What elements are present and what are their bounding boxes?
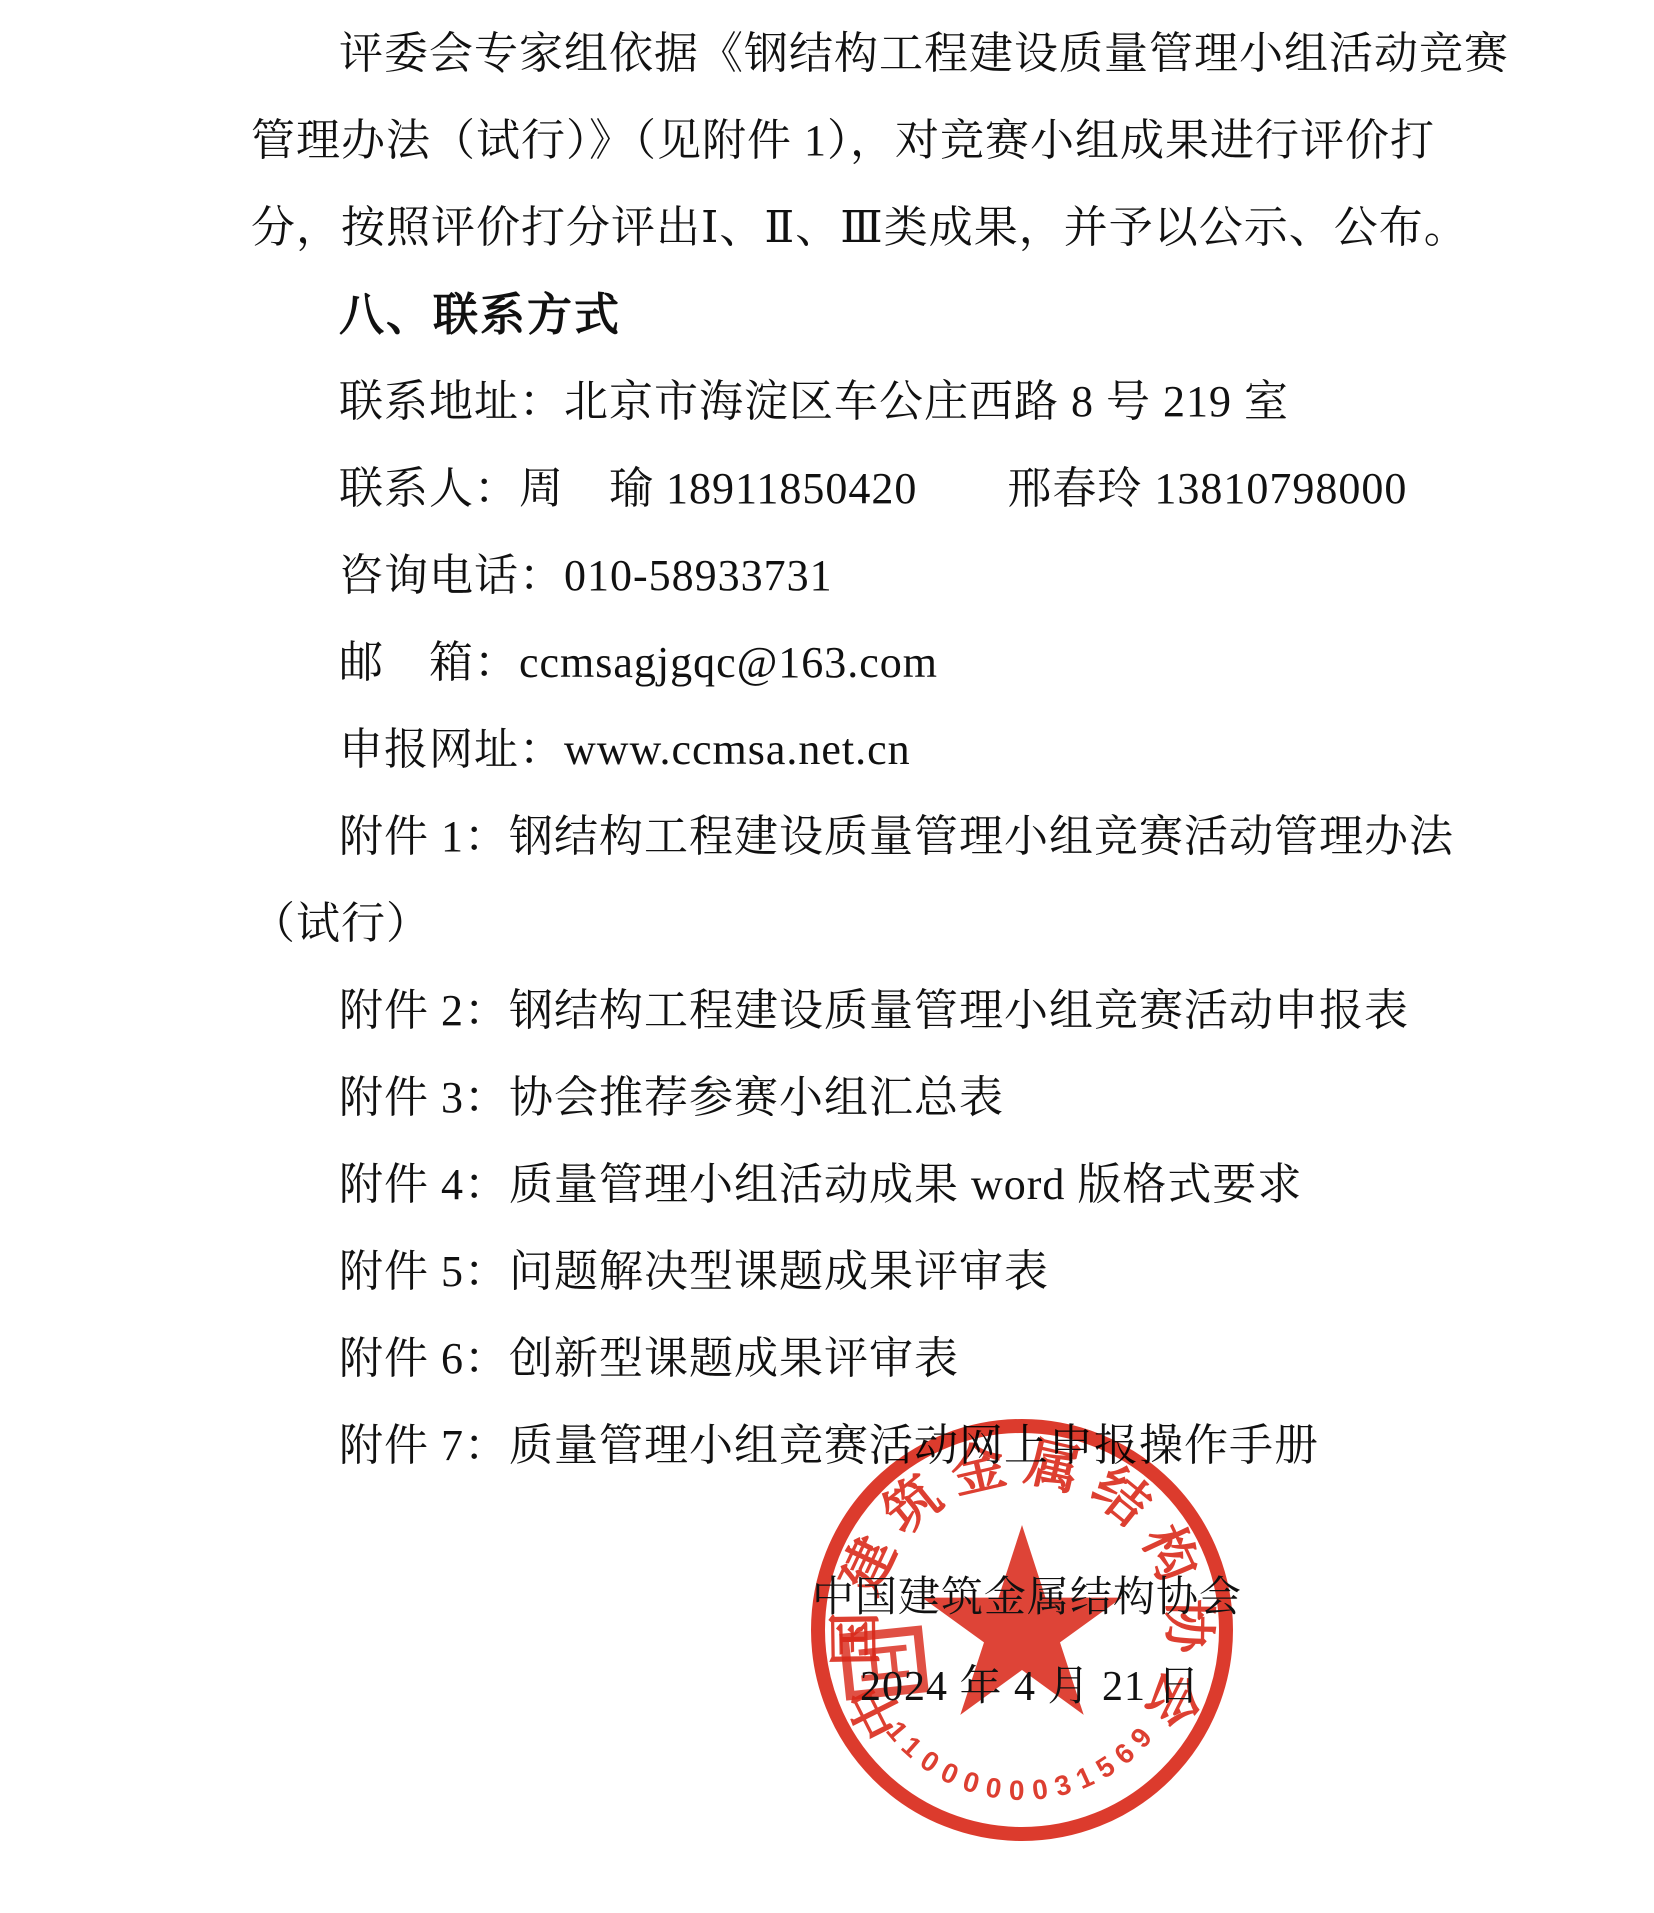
seal-code: 1100000031569 (880, 1715, 1164, 1806)
attachment-line-4: 附件 4：质量管理小组活动成果 word 版格式要求 (251, 1141, 1551, 1228)
attachment-line-6: 附件 6：创新型课题成果评审表 (251, 1315, 1551, 1402)
contact-address-line: 联系地址：北京市海淀区车公庄西路 8 号 219 室 (251, 358, 1551, 445)
contact-person-line: 联系人：周 瑜 18911850420 邢春玲 13810798000 (251, 445, 1551, 532)
document-page: { "page": { "background": "#ffffff", "te… (0, 0, 1654, 1913)
attachment-line-1: 附件 1：钢结构工程建设质量管理小组竞赛活动管理办法 （试行） (251, 793, 1551, 967)
contact-website-line: 申报网址：www.ccmsa.net.cn (251, 706, 1551, 793)
official-seal-graphic: 中国建筑金属结构协会 1100000031569 (802, 1410, 1242, 1850)
contact-email-line: 邮 箱：ccmsagjgqc@163.com (251, 619, 1551, 706)
contact-phone-line: 咨询电话：010-58933731 (251, 532, 1551, 619)
official-seal: 中国建筑金属结构协会 1100000031569 (802, 1410, 1242, 1850)
attachment-line-3: 附件 3：协会推荐参赛小组汇总表 (251, 1054, 1551, 1141)
evaluation-paragraph: 评委会专家组依据《钢结构工程建设质量管理小组活动竞赛 管理办法（试行）》（见附件… (251, 10, 1551, 271)
attachment-line-5: 附件 5：问题解决型课题成果评审表 (251, 1228, 1551, 1315)
document-body: 评委会专家组依据《钢结构工程建设质量管理小组活动竞赛 管理办法（试行）》（见附件… (251, 10, 1551, 1489)
signature-organization: 中国建筑金属结构协会 (812, 1577, 1242, 1619)
seal-code-holder: 1100000031569 (880, 1715, 1164, 1806)
signature-date: 2024 年 4 月 21 日 (860, 1666, 1201, 1708)
attachment-line-2: 附件 2：钢结构工程建设质量管理小组竞赛活动申报表 (251, 967, 1551, 1054)
section-heading-contact: 八、联系方式 (251, 271, 1551, 358)
